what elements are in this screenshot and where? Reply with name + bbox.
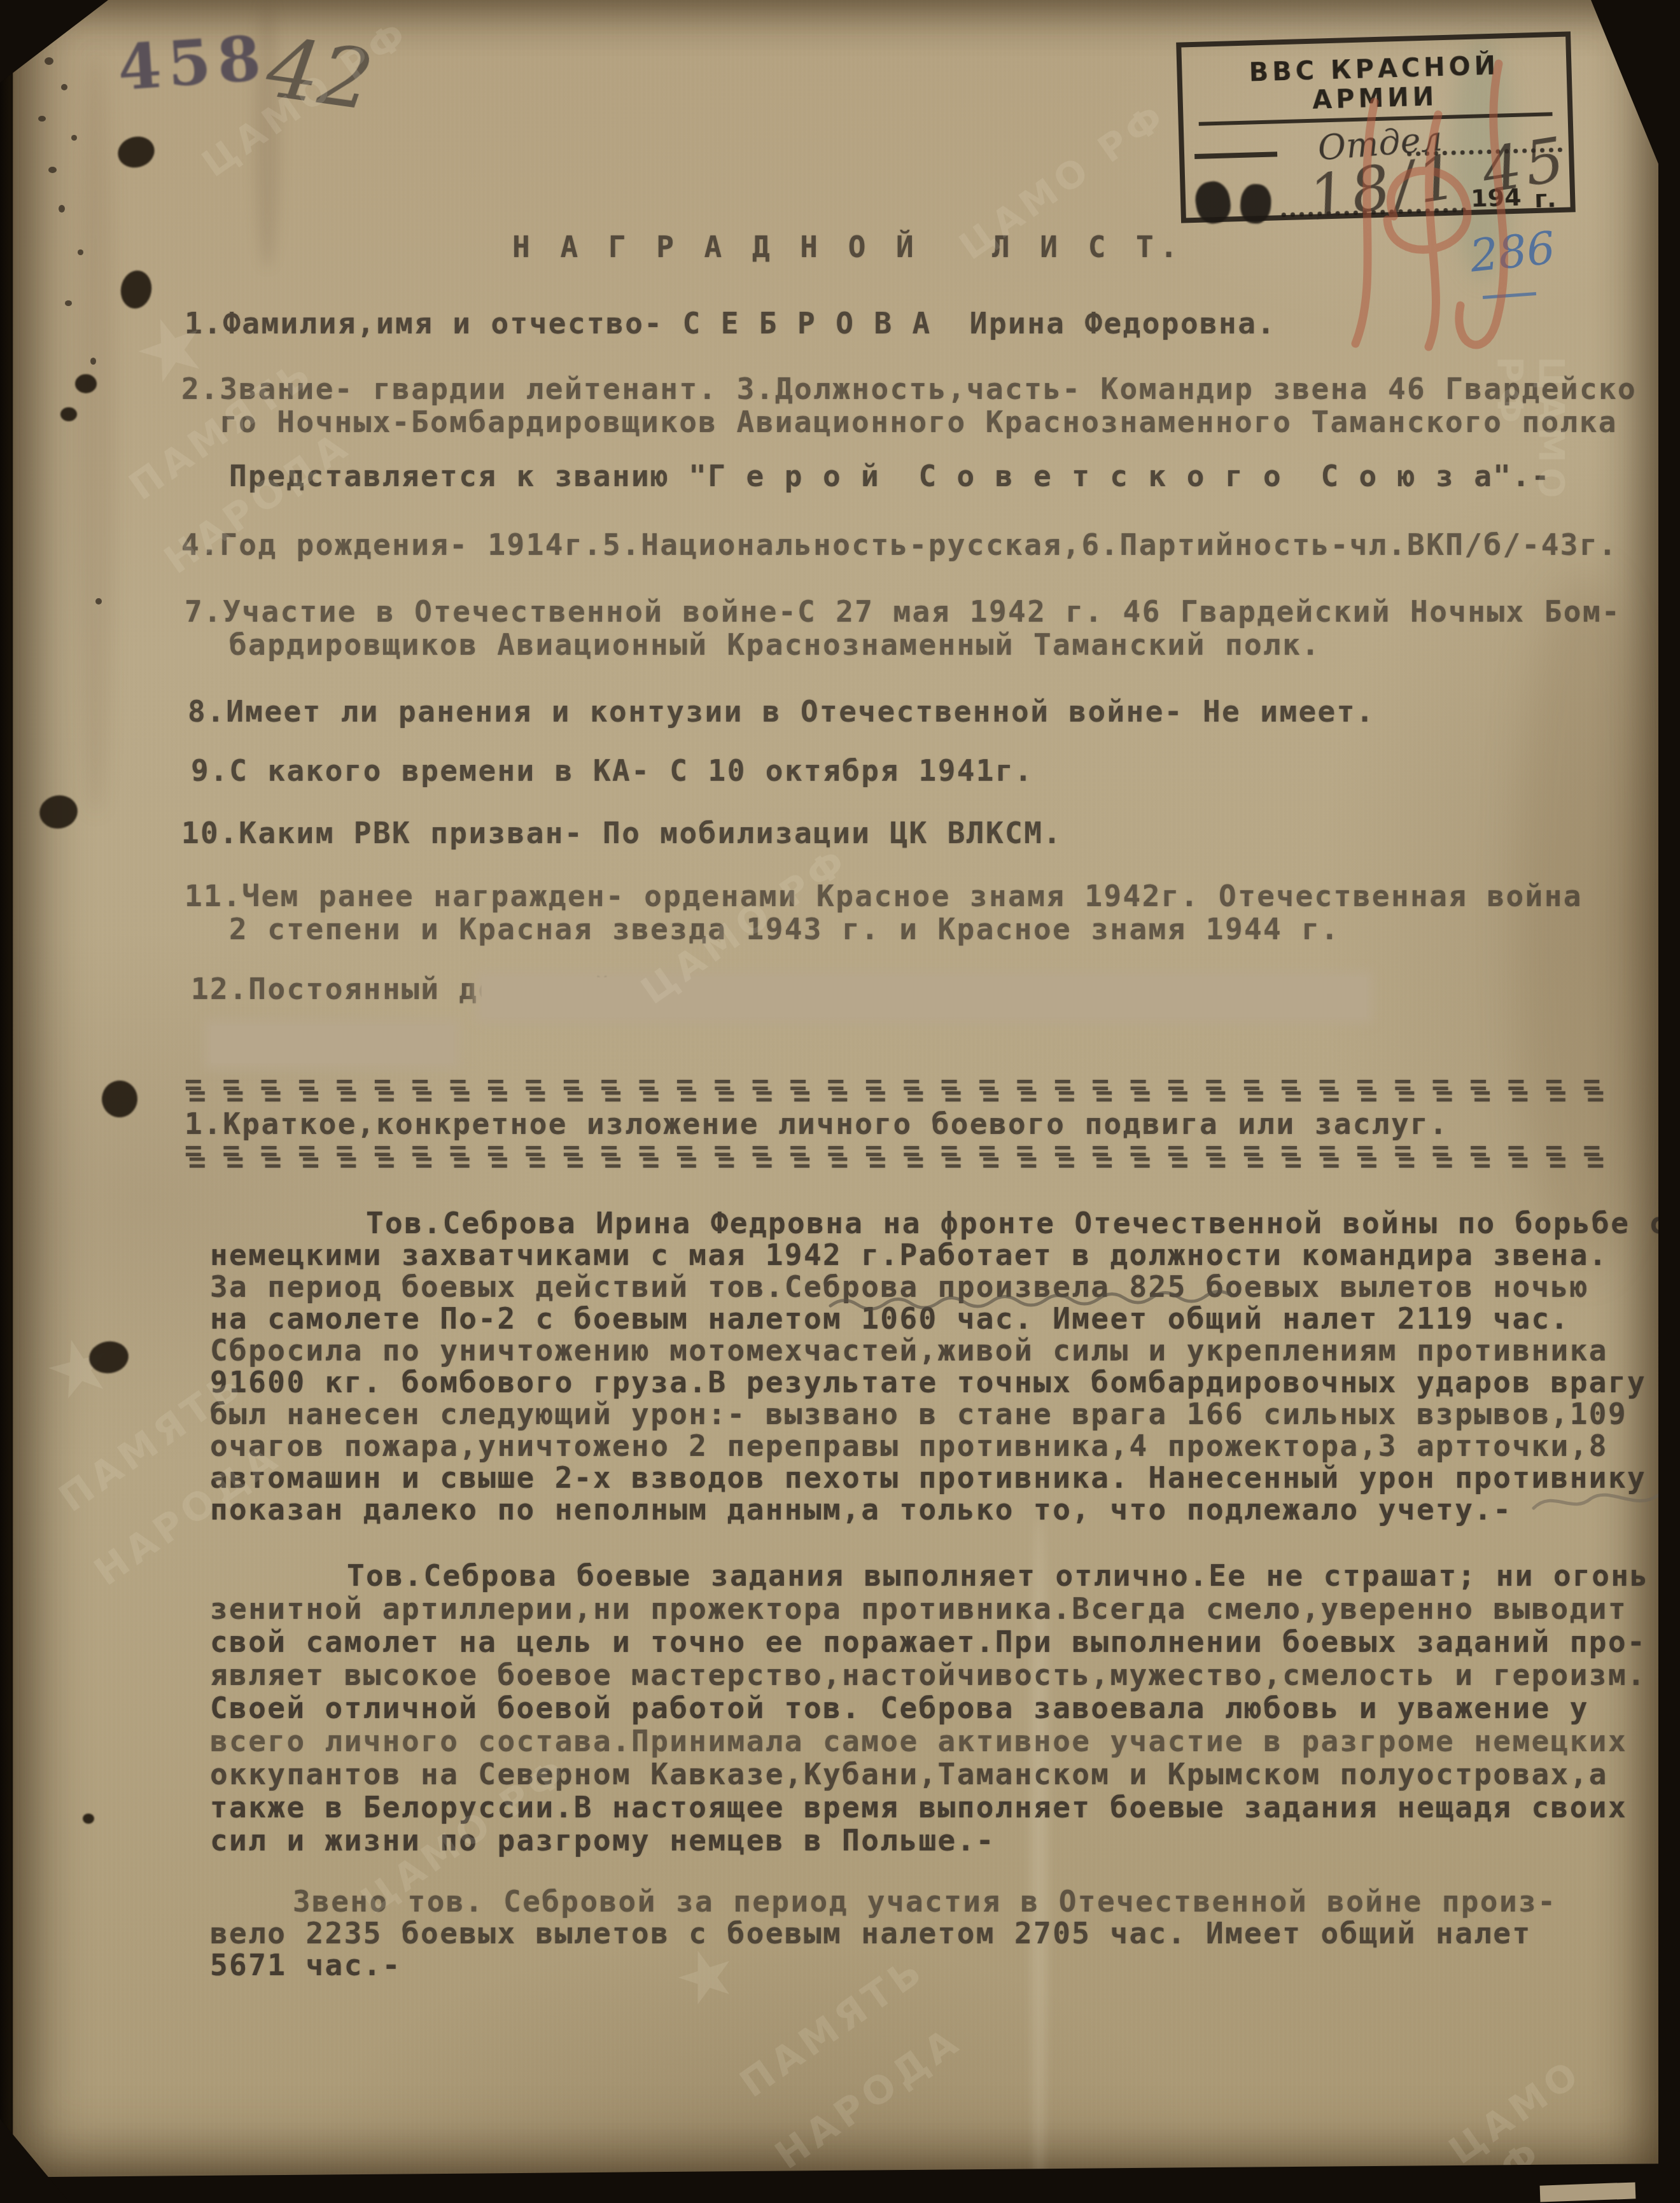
field-prior-awards-line1: 11.Чем ранее награжден- орденами Красное…: [185, 879, 1583, 913]
ink-speck: [59, 205, 65, 213]
paragraph-2-line: оккупантов на Северном Кавказе,Кубани,Та…: [210, 1758, 1608, 1791]
paper-scrap: [1540, 2182, 1636, 2202]
section-divider: = = = = = = = = = = = = = = = = = = = = …: [188, 1089, 1606, 1102]
ink-speck: [95, 598, 102, 605]
paragraph-2-line: также в Белоруссии.В настоящее время вып…: [210, 1791, 1627, 1824]
section-divider: = = = = = = = = = = = = = = = = = = = = …: [188, 1156, 1606, 1168]
paragraph-1-line: показан далеко по неполным данным,а толь…: [210, 1493, 1512, 1526]
paragraph-1-line: 91600 кг. бомбового груза.В результате т…: [210, 1366, 1646, 1399]
ink-speck: [61, 84, 67, 90]
paragraph-1-line: Тов.Себрова Ирина Федровна на фронте Оте…: [366, 1206, 1668, 1240]
ink-speck: [71, 135, 77, 141]
field-service-since: 9.С какого времени в КА- С 10 октября 19…: [191, 754, 1033, 787]
field-wounds: 8.Имеет ли ранения и контузии в Отечеств…: [188, 695, 1375, 728]
paragraph-2-line: являет высокое боевое мастерство,настойч…: [210, 1658, 1646, 1691]
field-name: 1.Фамилия,имя и отчество- С Е Б Р О В А …: [185, 307, 1276, 340]
binding-hole: [83, 1814, 94, 1824]
field-drafted-by: 10.Каким РВК призван- По мобилизации ЦК …: [181, 816, 1062, 850]
paragraph-1-line: Сбросила по уничтожению мотомехчастей,жи…: [210, 1334, 1608, 1367]
left-binding-edge: [0, 0, 14, 2203]
redaction-block: [482, 977, 1366, 1017]
ink-speck: [65, 300, 72, 306]
paragraph-2-line: Своей отличной боевой работой тов. Себро…: [210, 1691, 1589, 1724]
field-birth-nationality-party: 4.Год рождения- 1914г.5.Национальность-р…: [181, 528, 1618, 561]
ink-speck: [48, 167, 57, 173]
pencil-flourish: [1527, 1483, 1667, 1527]
paragraph-1-line: немецкими захватчиками с мая 1942 г.Рабо…: [210, 1238, 1608, 1271]
stamp-ink-blot: [1193, 179, 1233, 226]
red-pencil-marks: [1279, 25, 1610, 369]
scanned-document-page: 458 42 ВВС КРАСНОЙ АРМИИ Отдел 194 г. 18…: [0, 0, 1680, 2203]
paragraph-3-line: 5671 час.-: [210, 1948, 402, 1982]
field-war-participation-line1: 7.Участие в Отечественной войне-С 27 мая…: [185, 595, 1621, 628]
ink-speck: [90, 358, 96, 365]
page-number-pencil: 42: [261, 18, 379, 129]
right-scan-border: [1658, 0, 1680, 2203]
paragraph-1-line: автомашин и свыше 2-х взводов пехоты про…: [210, 1461, 1646, 1494]
binding-hole: [60, 407, 77, 421]
ink-speck: [45, 57, 53, 65]
paragraph-3-line: Звено тов. Себровой за период участия в …: [293, 1885, 1557, 1918]
archive-number-stamp: 458: [115, 22, 269, 105]
field-award-title: Представляется к званию "Г е р о й С о в…: [229, 459, 1551, 493]
redaction-block: [211, 1026, 453, 1063]
binding-hole: [75, 374, 97, 393]
stamp-dash: [1194, 151, 1277, 159]
paragraph-3-line: вело 2235 боевых вылетов с боевым налето…: [210, 1917, 1532, 1950]
paragraph-2-line: зенитной артиллерии,ни прожектора против…: [210, 1592, 1627, 1625]
paragraph-2-line: всего личного состава.Принимала самое ак…: [210, 1724, 1627, 1758]
field-prior-awards-line2: 2 степени и Красная звезда 1943 г. и Кра…: [229, 913, 1340, 946]
document-title: Н А Г Р А Д Н О Й Л И С Т.: [512, 230, 1184, 263]
field-rank-line2: го Ночных-Бомбардировщиков Авиационного …: [220, 405, 1618, 438]
paragraph-1-line: был нанесен следующий урон:- вызвано в с…: [210, 1397, 1627, 1430]
stamp-ink-blot: [1239, 183, 1273, 225]
paragraph-2-line: сил и жизни по разгрому немцев в Польше.…: [210, 1824, 995, 1857]
field-rank-line1: 2.Звание- гвардии лейтенант. 3.Должность…: [181, 372, 1637, 405]
paragraph-1-line: очагов пожара,уничтожено 2 переправы про…: [210, 1429, 1608, 1462]
wavy-underline: [827, 1292, 1260, 1317]
field-war-participation-line2: бардировщиков Авиационный Краснознаменны…: [229, 628, 1320, 661]
paragraph-2-line: свой самолет на цель и точно ее поражает…: [210, 1625, 1646, 1658]
paragraph-2-line: Тов.Себрова боевые задания выполняет отл…: [347, 1559, 1649, 1592]
ink-speck: [78, 249, 83, 255]
ink-speck: [38, 116, 46, 122]
